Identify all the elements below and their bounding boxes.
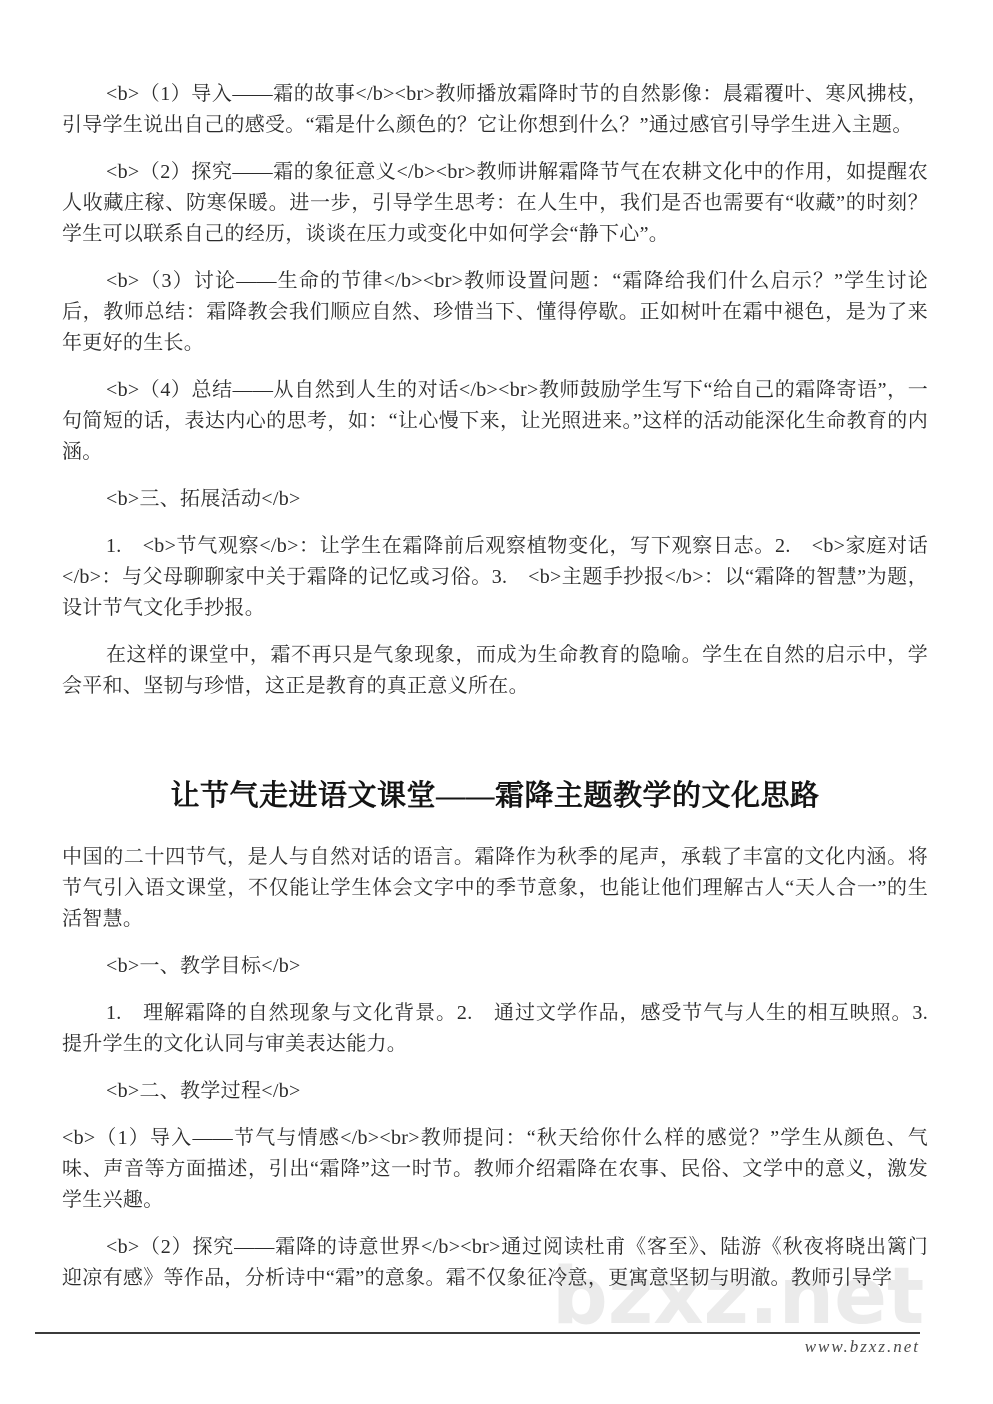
article-paragraph: <b>（3）讨论——生命的节律</b><br>教师设置问题：“霜降给我们什么启示… [62, 266, 928, 359]
article-top-section: <b>（1）导入——霜的故事</b><br>教师播放霜降时节的自然影像：晨霜覆叶… [62, 79, 928, 702]
article-paragraph: <b>（4）总结——从自然到人生的对话</b><br>教师鼓励学生写下“给自己的… [62, 375, 928, 468]
section-heading-paragraph: <b>三、拓展活动</b> [62, 484, 928, 515]
footer-site-url: www.bzxz.net [620, 1336, 920, 1358]
footer-divider-line [35, 1332, 920, 1334]
article-paragraph: <b>（1）导入——霜的故事</b><br>教师播放霜降时节的自然影像：晨霜覆叶… [62, 79, 928, 141]
article-paragraph: 中国的二十四节气，是人与自然对话的语言。霜降作为秋季的尾声，承载了丰富的文化内涵… [62, 842, 928, 935]
article-main-section: 中国的二十四节气，是人与自然对话的语言。霜降作为秋季的尾声，承载了丰富的文化内涵… [62, 842, 928, 1294]
article-paragraph: <b>（2）探究——霜的象征意义</b><br>教师讲解霜降节气在农耕文化中的作… [62, 157, 928, 250]
article-paragraph: <b>（2）探究——霜降的诗意世界</b><br>通过阅读杜甫《客至》、陆游《秋… [62, 1232, 928, 1294]
document-page: bzxz.net <b>（1）导入——霜的故事</b><br>教师播放霜降时节的… [0, 0, 993, 1404]
article-paragraph: 1. 理解霜降的自然现象与文化背景。2. 通过文学作品，感受节气与人生的相互映照… [62, 998, 928, 1060]
article-paragraph: 1. <b>节气观察</b>：让学生在霜降前后观察植物变化，写下观察日志。2. … [62, 531, 928, 624]
document-content: <b>（1）导入——霜的故事</b><br>教师播放霜降时节的自然影像：晨霜覆叶… [62, 79, 928, 1310]
article-paragraph: <b>（1）导入——节气与情感</b><br>教师提问：“秋天给你什么样的感觉？… [62, 1123, 928, 1216]
section-heading-paragraph: <b>二、教学过程</b> [62, 1076, 928, 1107]
article-paragraph: 在这样的课堂中，霜不再只是气象现象，而成为生命教育的隐喻。学生在自然的启示中，学… [62, 640, 928, 702]
article-title: 让节气走进语文课堂——霜降主题教学的文化思路 [62, 775, 928, 817]
section-heading-paragraph: <b>一、教学目标</b> [62, 951, 928, 982]
